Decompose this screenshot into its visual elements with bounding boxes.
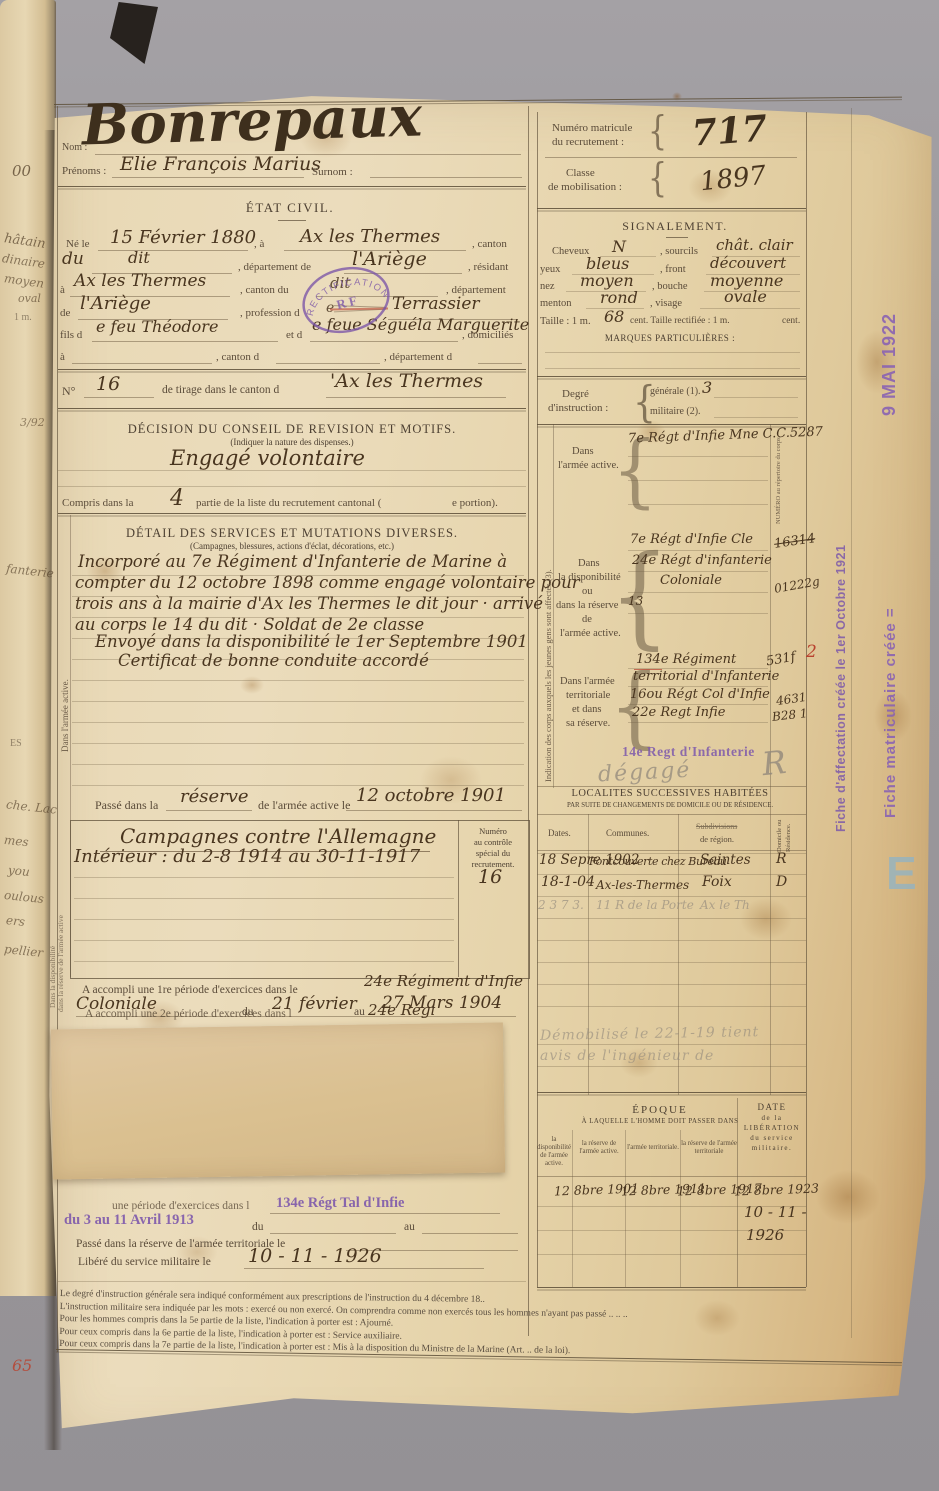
corps-terr-entry2: territorial d'Infanterie [633,669,779,684]
localites-top [537,814,806,815]
matricule-label1: Numéro matricule [552,122,632,134]
stain [240,676,264,694]
ruled-line [74,898,454,899]
degre-generale-label: générale (1). [650,386,701,397]
naissance-lieu: Ax les Thermes [300,226,440,247]
epoque-liberation3: 1926 [746,1226,784,1244]
signalement-flourish [666,237,688,238]
loc-r2-commune: Ax-les-Thermes [596,878,689,892]
ruled-line [74,961,454,962]
a3-label: à [60,351,65,363]
ruled-line [537,984,806,985]
loc-r3-date: 2 3 7 3. [538,898,584,912]
menton-label: menton [540,298,572,309]
divider [537,424,806,425]
visage-label: , visage [650,298,682,309]
loc-r2-date: 18-1-04 [541,874,595,890]
line [166,810,252,811]
ruled-line [72,680,524,681]
departement-d-label: , département d [384,351,452,363]
epoque-date-l2: de la [740,1114,804,1122]
ruled-line [74,919,454,920]
ruled-line [72,659,524,660]
compris-label3: e portion). [452,497,498,509]
periode3-du: du [252,1221,264,1233]
ruled-line [628,571,768,572]
corps-active-label2: l'armée active. [558,460,619,471]
col-divider [625,1130,626,1287]
periode2-value: 24e Régi [368,1001,435,1019]
line [545,352,800,353]
ruled-line [537,940,806,941]
ruled-line [537,1044,806,1045]
visage-value: ovale [724,287,767,306]
et-d-label: et d [286,329,302,341]
line [700,308,800,309]
line [422,1233,518,1234]
epoque-date-l3: LIBÉRATION [740,1124,804,1132]
line [545,368,800,369]
red-2-mark: 2 [806,642,817,662]
ruled-line [72,638,524,639]
a-label: , à [254,238,264,250]
corps-dispo-label1: Dans [578,558,600,569]
corps-active-label1: Dans [572,446,594,457]
localites-col-region2: de région. [700,834,734,844]
compris-label2: partie de la liste du recrutement canton… [196,497,381,509]
localites-subtitle: PAR SUITE DE CHANGEMENTS DE DOMICILE OU … [545,802,795,809]
taille-value: 68 [604,307,624,326]
brace: { [648,156,667,202]
line [58,486,526,487]
sourcils-value: chât. clair [716,236,793,254]
ruled-line [628,456,768,457]
loc-r1-dr: R [776,851,787,867]
line [58,470,526,471]
ruled-line [537,1206,806,1207]
numero-controle-h2: au contrôle [460,837,526,847]
surnom-label: Surnom : [312,166,353,178]
prev-fragment: ers [5,913,25,929]
etat-civil-title: ÉTAT CIVIL. [160,200,420,216]
ruled-line [537,1254,806,1255]
ruled-line [628,668,768,669]
departement-residence: l'Ariège [80,293,151,314]
ruled-line [72,596,524,597]
tirage-canton: 'Ax les Thermes [330,370,483,392]
reserve-value2: 12 octobre 1901 [356,785,506,806]
canton-naissance: dit [128,248,150,267]
line [270,1213,500,1214]
tirage-no-label: N° [62,384,75,399]
numero-controle-value: 16 [478,866,502,888]
line [478,363,522,364]
line [714,417,798,418]
localites-col-communes: Communes. [606,828,649,838]
yeux-label: yeux [540,264,560,275]
signalement-title: SIGNALEMENT. [560,219,790,234]
ruled-line [72,575,524,576]
ruled-line [628,722,768,723]
corps-terr-entry3: 16ou Régt Col d'Infie [630,687,770,702]
periode3-label: une période d'exercices dans l [112,1200,249,1212]
corps-repertoire-label: NUMÉRO au répertoire du corps. [775,436,782,524]
loc-r2-region: Foix [702,874,732,890]
corps-dispo-entry2: 24e Régt d'infanterie [632,553,772,568]
scanned-military-register-page: Nom : Bonrepaux Prénoms : Elie François … [0,0,939,1491]
corps-terr-label4: sa réserve. [566,718,610,729]
divider [537,786,806,787]
corps-terr-label2: territoriale [566,690,610,701]
line [270,1233,396,1234]
compris-label1: Compris dans la [62,497,134,509]
ruled-line [74,877,454,878]
ruled-line [74,940,454,941]
prev-fragment: mes [3,833,29,849]
services-line5: Envoyé dans la disponibilité le 1er Sept… [95,632,528,651]
compris-partie: 4 [170,486,184,511]
reserve-label2: de l'armée active le [258,798,350,813]
classe-label2: de mobilisation : [548,181,622,193]
residant-label: , résidant [468,261,508,273]
localites-col-region1: Subdivisions [696,822,737,831]
marques-label: MARQUES PARTICULIÈRES : [570,333,770,343]
prev-fragment: 3/92 [20,416,45,429]
ruled-line [537,918,806,919]
canton-naissance-du: du [62,249,84,269]
line [58,1281,526,1282]
pencil-degage: dégagé [597,758,692,788]
form-outer-right-border [851,108,852,1338]
campagnes-margin-label2: dans la réserve de l'armée active [56,915,65,1012]
loc-r3-region: Ax le Th [700,898,750,912]
line [276,363,380,364]
corps-terr-entry4: 22e Regt Infie [632,705,725,720]
cheveux-label: Cheveux [552,246,589,257]
prev-fragment: ES [10,738,22,749]
localites-bottom [537,1092,806,1093]
line [346,810,522,811]
corps-dispo-entry3: Coloniale [660,573,722,588]
pencil-note2: avis de l'ingénieur de [540,1048,714,1064]
ruled-line [72,701,524,702]
tirage-label: de tirage dans le canton d [162,384,279,396]
nom-value: Bonrepaux [81,84,423,159]
corps-margin-label: Indication des corps auxquels les jeunes… [543,569,553,782]
services-subtitle: (Campagnes, blessures, actions d'éclat, … [100,541,484,551]
epoque-date-l5: militaire. [740,1144,804,1152]
loc-r3-commune: 11 R de la Porte [596,898,694,912]
epoque-date-l4: du service [740,1134,804,1142]
canton-label: , canton [472,238,507,250]
epoque-col3-header: l'armée territoriale. [626,1144,680,1152]
ruled-line [537,896,806,897]
line [545,157,797,158]
taille-label: Taille : 1 m. [540,316,591,327]
epoque-title: ÉPOQUE [590,1104,730,1116]
blue-e-mark: E [886,846,917,900]
taille-label2: cent. Taille rectifiée : 1 m. [630,316,730,326]
periode2-label: A accompli une 2e période d'exercices da… [85,1008,292,1020]
corps-margin-divider [553,424,554,788]
line [84,397,154,398]
localites-col-dr2: Résidence. [785,824,792,852]
ruled-line [628,613,768,614]
degre-label1: Degré [562,388,589,400]
campagnes-numero-divider [458,820,459,977]
sourcils-label: , sourcils [660,246,698,257]
prev-fragment: 1 m. [14,312,32,323]
pere-value: e feu Théodore [96,317,218,336]
line [326,397,506,398]
prev-fragment: you [7,863,30,879]
ruled-line [72,722,524,723]
classe-label1: Classe [566,167,595,179]
line [98,250,248,251]
libere-label: Libéré du service militaire le [78,1256,211,1268]
line [714,397,798,398]
matricule-label2: du recrutement : [552,136,624,148]
stamp-fiche-matriculaire: Fiche matriculaire créée = [882,607,899,818]
menton-value: rond [600,288,638,307]
epoque-v5: 12 8bre 1923 [734,1181,819,1199]
domicilies-label: , domiciliés [462,329,513,341]
bouche-label: , bouche [652,281,688,292]
epoque-col2-header: la réserve de l'armée active. [573,1140,625,1156]
localites-col-dates: Dates. [548,828,571,838]
right-col-left-border [537,112,538,1287]
section-divider [58,513,526,514]
taille-label3: cent. [782,316,800,326]
stamp-date-9-mai-1922: 9 MAI 1922 [879,313,900,416]
localites-header-underline [537,850,806,851]
prenoms-label: Prénoms : [62,165,106,177]
matricule-value: 717 [691,107,769,154]
ruled-line [628,480,768,481]
footnotes-block: Le degré d'instruction générale sera ind… [59,1288,872,1362]
line [72,363,212,364]
ruled-line [628,592,768,593]
fils-label: fils d [60,329,82,341]
decision-title: DÉCISION DU CONSEIL DE REVISION ET MOTIF… [70,422,514,437]
ruled-line [537,962,806,963]
left-col-right-border [528,106,529,1336]
ruled-line [628,504,768,505]
decision-value: Engagé volontaire [170,446,365,470]
corps-terr-entry1: 134e Régiment [636,652,736,667]
line [92,341,278,342]
corps-dispo-label5: de [582,614,592,625]
ruled-line [72,764,524,765]
reserve-label1: Passé dans la [95,798,158,813]
ruled-line [628,686,768,687]
services-margin-label: Dans l'armée active. [60,679,70,752]
front-value: découvert [710,254,786,272]
stamp-134-regiment: 134e Régt Tal d'Infie [276,1195,405,1212]
prev-fragment-65: 65 [12,1356,32,1375]
services-line6: Certificat de bonne conduite accordé [118,651,429,670]
ruled-line [628,704,768,705]
residence: Ax les Thermes [74,271,206,291]
tirage-numero: 16 [96,373,120,395]
section-divider [58,408,526,409]
libere-value: 10 - 11 - 1926 [248,1245,382,1267]
corps-dispo-entry1: 7e Régt d'Infie Cle [630,532,753,547]
divider [537,208,806,209]
corps-terr-label1: Dans l'armée [560,676,615,687]
loc-r1-region: Saintes [700,852,751,868]
profession-label: , profession d [240,307,300,319]
stamp-fiche-affectation: Fiche d'affectation créée le 1er Octobre… [834,545,848,832]
pasted-paper-patch [51,1022,505,1179]
loc-r2-dr: D [776,874,787,890]
localites-title: LOCALITES SUCCESSIVES HABITÉES [545,788,795,799]
nez-label: nez [540,281,555,292]
corps-dispo-label3: ou [582,586,593,597]
ruled-line [628,550,768,551]
ruled-line [537,1230,806,1231]
ruled-line [72,617,524,618]
epoque-date-l1: DATE [740,1102,804,1112]
ruled-line [537,1066,806,1067]
epoque-col1-header: la disponibilité de l'armée active. [536,1136,572,1168]
binding-notch [110,2,158,64]
reserve-value1: réserve [180,786,249,807]
campagnes-detail: Intérieur : du 2-8 1914 au 30-11-1917 [74,846,420,867]
stain [672,92,682,101]
prev-fragment: 00 [12,162,31,180]
prev-fragment: oval [18,292,41,305]
canton-du-label: , canton du [240,284,289,296]
surnom-underline [370,177,522,178]
line [244,1268,484,1269]
ruled-line [537,1006,806,1007]
periode3-au: au [404,1221,415,1233]
pencil-r-mark: R [760,743,788,783]
epoque-header-underline [537,1176,806,1177]
services-line1: Incorporé au 7e Régiment d'Infanterie de… [78,552,507,571]
canton-d-label: , canton d [216,351,259,363]
numero-controle-h1: Numéro [460,826,526,836]
localites-col-dr1: Domicile ou [776,820,783,852]
header-divider [58,186,526,187]
ruled-line [72,743,524,744]
naissance-date: 15 Février 1880 [110,227,256,248]
brace: { [648,109,667,155]
de-label: de [60,307,70,319]
numero-controle-h3: spécial du [460,848,526,858]
corps-dispo-entry4: 13 [628,594,643,608]
stain [816,1170,880,1224]
rectification-stamp-rf: R F [335,293,359,313]
periode1-value1: 24e Régiment d'Infie [364,972,523,990]
divider [537,376,806,377]
right-col-bottom [537,1287,806,1288]
services-title: DÉTAIL DES SERVICES ET MUTATIONS DIVERSE… [70,526,514,541]
profession-value: Terrassier [392,294,480,314]
front-label: , front [660,264,686,275]
degre-label2: d'instruction : [548,402,608,414]
degre-militaire-label: militaire (2). [650,406,701,417]
campagnes-titre: Campagnes contre l'Allemagne [120,824,436,848]
a2-label: à [60,284,65,296]
epoque-col4-header: la réserve de l'armée territoriale [681,1140,737,1156]
prenoms-value: Elie François Marius [120,153,321,175]
degre-generale-value: 3 [702,378,712,397]
etat-civil-flourish [278,220,306,221]
prenoms-underline [112,177,304,178]
corps-terr-label3: et dans [572,704,601,715]
stamp-avril-1913: du 3 au 11 Avril 1913 [64,1212,194,1229]
